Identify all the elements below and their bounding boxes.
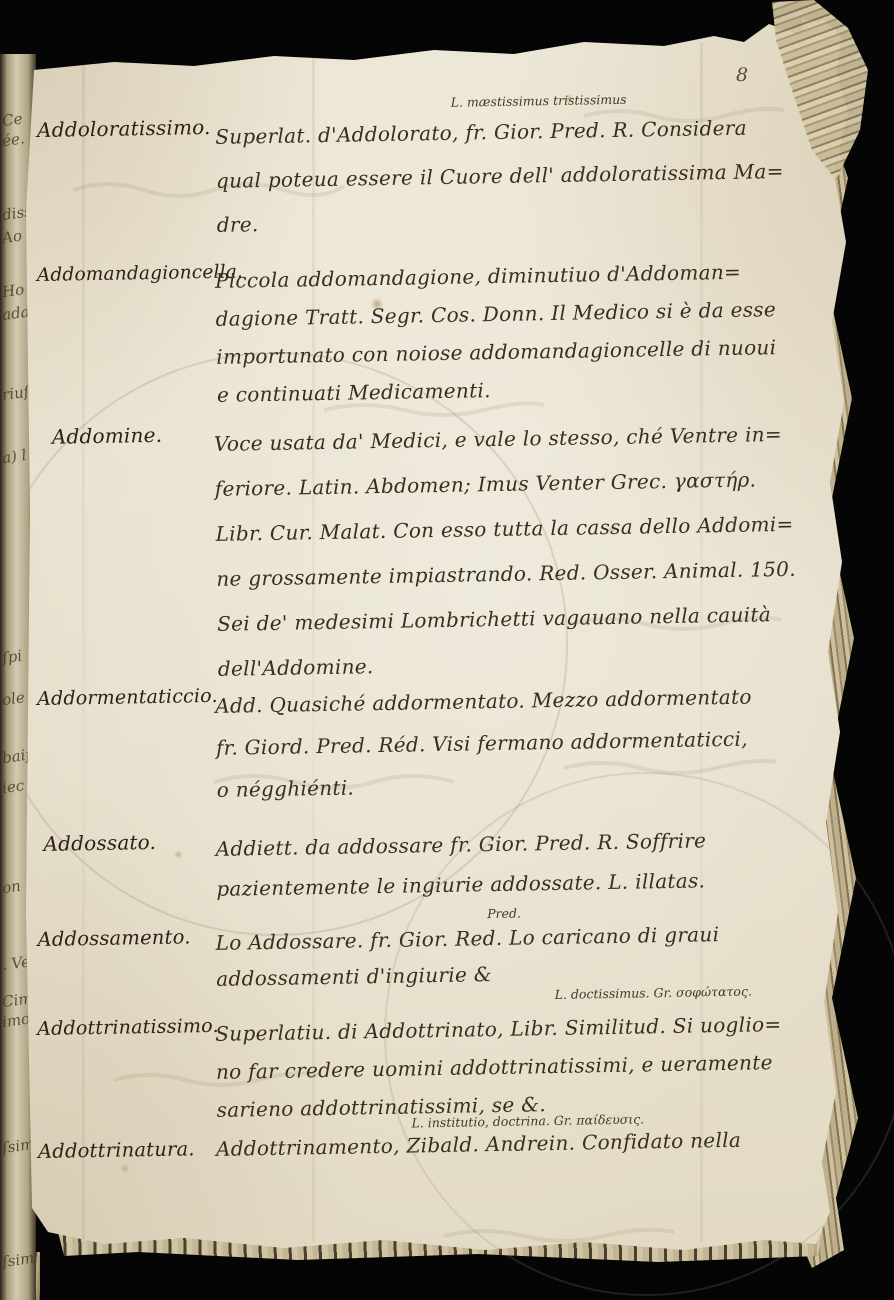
entry-body: Addottrinamento, Zibald. Andrein. Confid… xyxy=(216,1126,830,1161)
gutter-fragment: ſsima xyxy=(1,1249,35,1271)
gutter-fragment: ſsimo xyxy=(1,1135,35,1157)
entry-headword: Addossamento. xyxy=(37,925,190,951)
dictionary-entry: Addottrinatura. L. institutio, doctrina.… xyxy=(38,1126,830,1164)
entry-body: Superlatiu. di Addottrinato, Libr. Simil… xyxy=(215,1004,831,1129)
entry-headword: Addottrinatissimo. xyxy=(37,1015,219,1040)
entry-body: Voce usata da' Medici, e vale lo stesso,… xyxy=(214,411,833,692)
interlinear-note: L. institutio, doctrina. Gr. παίδευσις. xyxy=(411,1111,644,1130)
dictionary-entry: Addottrinatissimo. L. doctissimus. Gr. σ… xyxy=(37,1004,831,1132)
interlinear-note: Pred. xyxy=(487,906,521,922)
dictionary-entry: Addossato. Addiett. da addossare fr. Gio… xyxy=(37,818,830,912)
interlinear-note: L. doctissimus. Gr. σοφώτατος. xyxy=(555,984,752,1002)
dictionary-entry: Addomandagioncella. Piccola addomandagio… xyxy=(37,251,832,417)
entry-headword: Addomine. xyxy=(52,423,163,449)
entry-body: Add. Quasiché addormentato. Mezzo addorm… xyxy=(215,674,831,811)
manuscript-photo: Ce ée. diss Ao Ho ada riuſ a) l ſpi ole … xyxy=(0,0,894,1300)
entry-body: Piccola addomandagione, diminutiuo d'Add… xyxy=(215,251,832,414)
entry-headword: Addomandagioncella. xyxy=(37,261,244,286)
dictionary-entry: Addomine. Voce usata da' Medici, e vale … xyxy=(36,411,833,695)
entry-headword: Addottrinatura. xyxy=(38,1137,195,1163)
dictionary-entry: Addormentaticcio. Add. Quasiché addormen… xyxy=(37,674,831,814)
entry-headword: Addossato. xyxy=(43,830,156,856)
page-content: 8 Addoloratissimo. L. mæstissimus tristi… xyxy=(24,12,858,1262)
entry-headword: Addoloratissimo. xyxy=(37,115,211,142)
entry-body: Addiett. da addossare fr. Gior. Pred. R.… xyxy=(215,818,830,909)
dictionary-entry: Addoloratissimo. L. mæstissimus tristiss… xyxy=(37,104,831,250)
interlinear-note: L. mæstissimus tristissimus xyxy=(451,92,627,110)
manuscript-page: 8 Addoloratissimo. L. mæstissimus tristi… xyxy=(24,12,858,1262)
folio-number: 8 xyxy=(736,64,748,86)
entry-headword: Addormentaticcio. xyxy=(37,685,218,710)
gutter-fragment: Ce xyxy=(1,108,35,130)
entry-line: Addottrinamento, Zibald. Andrein. Confid… xyxy=(216,1126,830,1161)
entry-body: Superlat. d'Addolorato, fr. Gior. Pred. … xyxy=(215,104,831,247)
